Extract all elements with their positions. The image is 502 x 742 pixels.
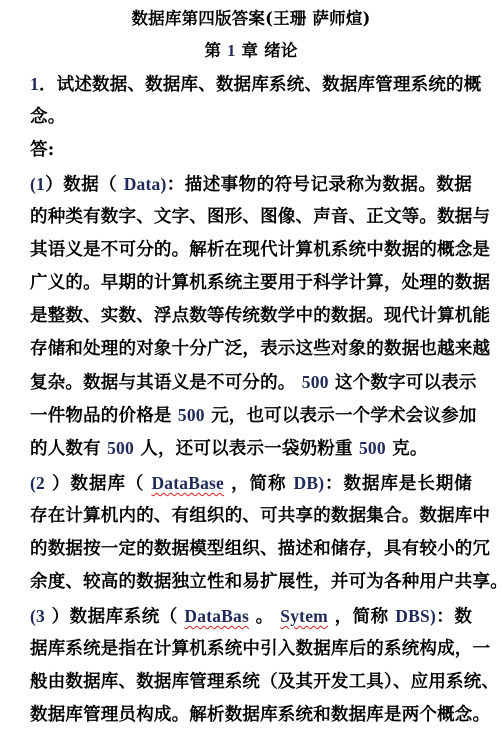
paragraph-text: 是整数、实数、浮点数等传统数学中的数据。现代计算机能 xyxy=(30,306,490,326)
section-2-term: DataBase xyxy=(151,473,224,493)
answer-label-text: 答: xyxy=(30,140,54,160)
paragraph-text: 的人数有 xyxy=(30,439,101,459)
section-1-line: 存储和处理的对象十分广泛，表示这些对象的数据也越来越 xyxy=(30,333,472,366)
section-1-line: 广义的。早期的计算机系统主要用于科学计算，处理的数据 xyxy=(30,267,472,300)
section-2-line: 余度、较高的数据独立性和易扩展性，并可为各种用户共享。 xyxy=(30,566,472,599)
chapter-suffix: 章 绪论 xyxy=(242,41,298,60)
paragraph-text: 克。 xyxy=(392,439,427,459)
section-1-term: Data xyxy=(124,174,161,194)
paragraph-text: 存储和处理的对象十分广泛，表示这些对象的数据也越来越 xyxy=(30,339,490,359)
chapter-number: 1 xyxy=(227,41,235,60)
paragraph-text: 据库系统是指在计算机系统中引入数据库后的系统构成，一 xyxy=(30,639,490,659)
section-3-line: 数据库管理员构成。解析数据库系统和数据库是两个概念。 xyxy=(30,699,472,732)
section-3-abbr-prefix: ，简称 xyxy=(335,607,389,627)
section-1-line: 一件物品的价格是 500 元，也可以表示一个学术会议参加 xyxy=(30,399,472,432)
section-2-line: 的数据按一定的数据模型组织、描述和储存，具有较小的冗 xyxy=(30,533,472,566)
section-2-heading: ）数据库（ xyxy=(52,474,144,494)
section-2-abbr-prefix: ，简称 xyxy=(231,474,286,494)
section-2-lead: (2 ）数据库（ DataBase ，简称 DB)：数据库是长期储 xyxy=(30,467,472,500)
section-1-line: 的人数有 500 人，还可以表示一袋奶粉重 500 克。 xyxy=(30,432,472,465)
section-1-lead-rest: ：描述事物的符号记录称为数据。数据 xyxy=(167,175,472,195)
section-1-line: 其语义是不可分的。解析在现代计算机系统中数据的概念是 xyxy=(30,234,472,267)
paragraph-text: 广义的。早期的计算机系统主要用于科学计算，处理的数据 xyxy=(30,273,490,293)
number-value: 500 xyxy=(302,372,329,392)
section-3-term-1: DataBas xyxy=(184,606,249,626)
paragraph-text: 这个数字可以表示 xyxy=(335,373,477,393)
document-page: 数据库第四版答案(王珊 萨师煊) 第 1 章 绪论 1．试述数据、数据库、数据库… xyxy=(0,0,502,742)
question-text-cont: 念。 xyxy=(30,107,65,127)
paragraph-text: 复杂。数据与其语义是不可分的。 xyxy=(30,373,296,393)
paragraph-text: 余度、较高的数据独立性和易扩展性，并可为各种用户共享。 xyxy=(30,572,502,592)
section-3-line: 般由数据库、数据库管理系统（及其开发工具）、应用系统、 xyxy=(30,666,472,699)
section-1-heading: ）数据（ xyxy=(45,175,117,195)
section-2-num: 2 xyxy=(36,473,45,493)
number-value: 500 xyxy=(107,438,134,458)
section-1-line: 是整数、实数、浮点数等传统数学中的数据。现代计算机能 xyxy=(30,300,472,333)
section-3-lead: (3 ）数据库系统（ DataBas 。 Sytem ，简称 DBS)：数 xyxy=(30,600,472,633)
document-title: 数据库第四版答案(王珊 萨师煊) xyxy=(0,2,502,35)
answer-label: 答: xyxy=(30,134,472,167)
number-value: 500 xyxy=(359,438,386,458)
paragraph-text: 人，还可以表示一袋奶粉重 xyxy=(140,439,352,459)
section-3-term-sep: 。 xyxy=(256,607,274,627)
section-2-abbr: DB xyxy=(294,473,319,493)
paragraph-text: 般由数据库、数据库管理系统（及其开发工具）、应用系统、 xyxy=(30,672,499,692)
section-2-line: 存在计算机内的、有组织的、可共享的数据集合。数据库中 xyxy=(30,500,472,533)
paragraph-text: 数据库管理员构成。解析数据库系统和数据库是两个概念。 xyxy=(30,705,490,725)
paragraph-text: 其语义是不可分的。解析在现代计算机系统中数据的概念是 xyxy=(30,240,490,260)
question-line-2: 念。 xyxy=(30,101,472,134)
paragraph-text: 元，也可以表示一个学术会议参加 xyxy=(211,406,477,426)
section-3-lead-rest: ：数 xyxy=(436,607,472,627)
title-text: 数据库第四版答案(王珊 萨师煊) xyxy=(131,9,370,28)
section-1-line: 的种类有数字、文字、图形、图像、声音、正文等。数据与 xyxy=(30,201,472,234)
paragraph-text: 存在计算机内的、有组织的、可共享的数据集合。数据库中 xyxy=(30,506,490,526)
section-3-heading: ）数据库系统（ xyxy=(52,607,178,627)
section-1-num: 1 xyxy=(36,174,45,194)
paragraph-text: 一件物品的价格是 xyxy=(30,406,172,426)
question-text: ．试述数据、数据库、数据库系统、数据库管理系统的概 xyxy=(39,75,482,95)
section-3-num: 3 xyxy=(36,606,45,626)
section-2-lead-rest: ：数据库是长期储 xyxy=(324,474,472,494)
section-3-line: 据库系统是指在计算机系统中引入数据库后的系统构成，一 xyxy=(30,633,472,666)
number-value: 500 xyxy=(178,405,205,425)
chapter-heading: 第 1 章 绪论 xyxy=(0,34,502,67)
section-3-term-2: Sytem xyxy=(280,606,328,626)
question-number: 1 xyxy=(30,74,39,94)
section-3-abbr: DBS xyxy=(395,606,430,626)
section-1-lead: (1）数据（ Data)：描述事物的符号记录称为数据。数据 xyxy=(30,168,472,201)
chapter-prefix: 第 xyxy=(204,41,221,60)
paragraph-text: 的数据按一定的数据模型组织、描述和储存，具有较小的冗 xyxy=(30,539,490,559)
paragraph-text: 的种类有数字、文字、图形、图像、声音、正文等。数据与 xyxy=(30,207,490,227)
section-1-line: 复杂。数据与其语义是不可分的。 500 这个数字可以表示 xyxy=(30,366,472,399)
question-line-1: 1．试述数据、数据库、数据库系统、数据库管理系统的概 xyxy=(30,68,472,101)
